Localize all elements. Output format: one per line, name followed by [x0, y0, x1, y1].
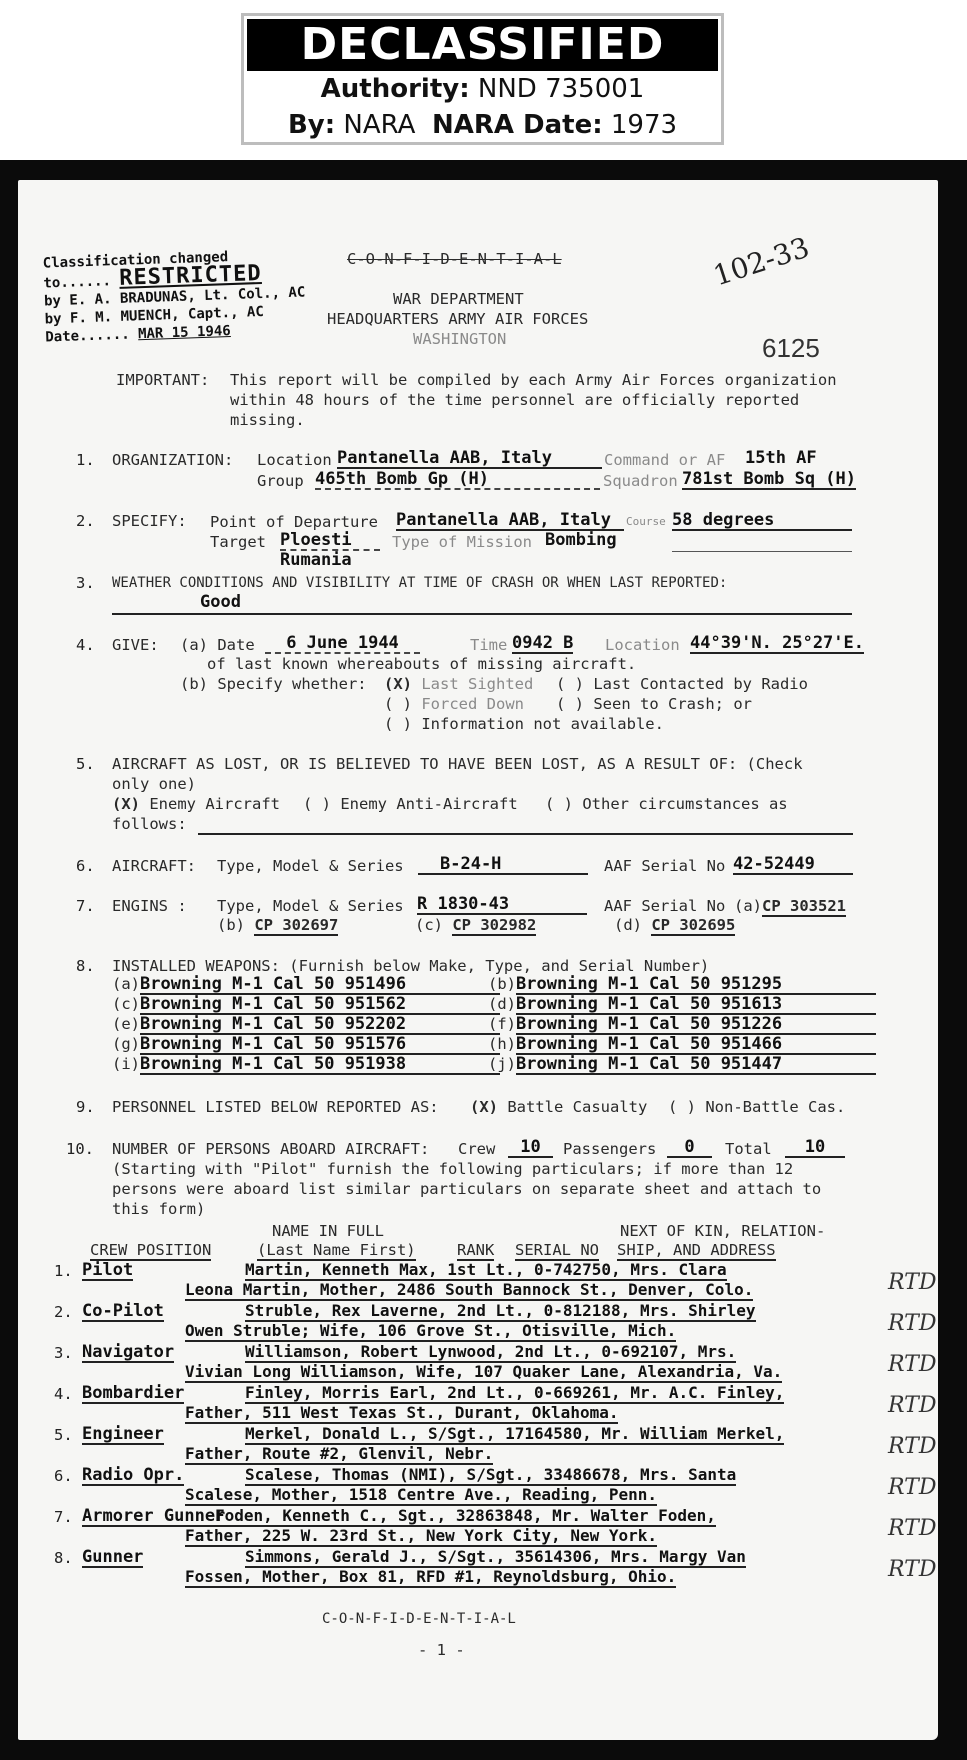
s8-number: 8. — [76, 957, 95, 975]
s3-number: 3. — [76, 574, 95, 592]
s7-engine-d: (d) CP 302695 — [614, 916, 735, 934]
s4-label: GIVE: — [112, 636, 159, 654]
s4-number: 4. — [76, 636, 95, 654]
s7-type-label: Type, Model & Series — [217, 897, 404, 915]
header-name: (Last Name First) — [257, 1241, 416, 1261]
doc-number: 6125 — [762, 333, 820, 364]
s1-squadron-value: 781st Bomb Sq (H) — [682, 470, 856, 490]
crew-kin-line: Leona Martin, Mother, 2486 South Bannock… — [185, 1281, 753, 1301]
crew-position: Bombardier — [82, 1384, 184, 1404]
s10-label: NUMBER OF PERSONS ABOARD AIRCRAFT: — [112, 1140, 429, 1158]
s4-b-label: (b) Specify whether: — [180, 675, 367, 693]
s10-passengers-label: Passengers — [563, 1140, 656, 1158]
s5-opt-anti-aircraft[interactable]: ( ) Enemy Anti-Aircraft — [303, 795, 518, 813]
crew-name-line: Merkel, Donald L., S/Sgt., 17164580, Mr.… — [245, 1425, 784, 1445]
rtd-annotation: RTD — [888, 1516, 937, 1541]
authority-line: Authority: NND 735001 — [244, 71, 721, 107]
crew-position: Co-Pilot — [82, 1302, 164, 1322]
crew-name-line: Williamson, Robert Lynwood, 2nd Lt., 0-6… — [245, 1343, 736, 1363]
s6-serial-value: 42-52449 — [733, 855, 853, 875]
rtd-annotation: RTD — [888, 1352, 937, 1377]
s4-opt-seen-crash[interactable]: ( ) Seen to Crash; or — [556, 695, 752, 713]
s10-note-1: (Starting with "Pilot" furnish the follo… — [112, 1160, 793, 1178]
rtd-annotation: RTD — [888, 1270, 937, 1295]
dept-line-3: WASHINGTON — [413, 330, 506, 348]
crew-number: 3. — [54, 1344, 73, 1362]
rtd-annotation: RTD — [888, 1393, 937, 1418]
s2-course-value: 58 degrees — [672, 511, 852, 531]
header-position: CREW POSITION — [90, 1241, 211, 1261]
s1-label: ORGANIZATION: — [112, 451, 233, 469]
dept-line-2: HEADQUARTERS ARMY AIR FORCES — [327, 310, 588, 328]
declassified-title: DECLASSIFIED — [247, 19, 718, 71]
s3-line — [112, 613, 852, 615]
s7-label: ENGINS : — [112, 897, 187, 915]
crew-position: Engineer — [82, 1425, 164, 1445]
s1-command-value: 15th AF — [745, 449, 817, 467]
header-kin: SHIP, AND ADDRESS — [617, 1241, 776, 1261]
s10-note-3: this form) — [112, 1200, 205, 1218]
crew-name-line: Scalese, Thomas (NMI), S/Sgt., 33486678,… — [245, 1466, 736, 1486]
important-text-3: missing. — [230, 411, 305, 429]
rtd-annotation: RTD — [888, 1475, 937, 1500]
weapon-j: (j)Browning M-1 Cal 50 951447 — [488, 1055, 876, 1075]
rtd-annotation: RTD — [888, 1557, 937, 1582]
s1-group-value: 465th Bomb Gp (H) — [315, 470, 600, 490]
s1-location-value: Pantanella AAB, Italy — [337, 449, 602, 469]
weapon-i: (i)Browning M-1 Cal 50 951938 — [112, 1055, 500, 1075]
s2-target-value-line2: Rumania — [280, 551, 352, 569]
s2-target-value: Ploesti — [280, 531, 380, 551]
s7-engine-c: (c) CP 302982 — [415, 916, 536, 934]
weapon-e: (e)Browning M-1 Cal 50 952202 — [112, 1015, 500, 1035]
s4-date-label: (a) Date — [180, 636, 255, 654]
s1-group-label: Group — [257, 472, 304, 490]
s1-number: 1. — [76, 451, 95, 469]
weapon-c: (c)Browning M-1 Cal 50 951562 — [112, 995, 500, 1015]
crew-name-line: Finley, Morris Earl, 2nd Lt., 0-669261, … — [245, 1384, 784, 1404]
important-text-2: within 48 hours of the time personnel ar… — [230, 391, 799, 409]
s7-number: 7. — [76, 897, 95, 915]
nara-line: By: NARA NARA Date: 1973 — [244, 107, 721, 143]
s7-type-value: R 1830-43 — [417, 895, 587, 915]
s2-course-label: Course — [626, 513, 666, 531]
crew-kin-line: Father, Route #2, Glenvil, Nebr. — [185, 1445, 493, 1465]
s4-time-label: Time — [470, 636, 507, 654]
s10-number: 10. — [66, 1140, 94, 1158]
crew-position: Pilot — [82, 1261, 133, 1281]
s3-value: Good — [200, 593, 241, 611]
crew-position: Armorer Gunner — [82, 1507, 225, 1527]
s4-opt-no-info[interactable]: ( ) Information not available. — [384, 715, 664, 733]
s6-label: AIRCRAFT: — [112, 857, 196, 875]
s5-line — [198, 833, 853, 835]
crew-kin-line: Fossen, Mother, Box 81, RFD #1, Reynolds… — [185, 1568, 676, 1588]
s2-blank-line — [672, 551, 852, 552]
s10-total-label: Total — [725, 1140, 772, 1158]
crew-number: 4. — [54, 1385, 73, 1403]
s10-crew-value: 10 — [508, 1138, 553, 1158]
s6-number: 6. — [76, 857, 95, 875]
s6-type-value: B-24-H — [418, 855, 588, 875]
rtd-annotation: RTD — [888, 1311, 937, 1336]
s9-number: 9. — [76, 1098, 95, 1116]
s4-time-value: 0942 B — [512, 634, 573, 654]
crew-number: 5. — [54, 1426, 73, 1444]
crew-position: Gunner — [82, 1548, 143, 1568]
reclassification-stamp: Classification changed to...... RESTRICT… — [42, 245, 306, 346]
crew-kin-line: Father, 511 West Texas St., Durant, Okla… — [185, 1404, 618, 1424]
header-rank: RANK — [457, 1241, 494, 1261]
s5-label2: only one) — [112, 775, 196, 793]
crew-name-line: Struble, Rex Laverne, 2nd Lt., 0-812188,… — [245, 1302, 756, 1322]
declassified-stamp: DECLASSIFIED Authority: NND 735001 By: N… — [241, 13, 724, 145]
s4-location-label: Location — [605, 636, 680, 654]
s5-label: AIRCRAFT AS LOST, OR IS BELIEVED TO HAVE… — [112, 755, 803, 773]
s5-number: 5. — [76, 755, 95, 773]
important-label: IMPORTANT: — [116, 371, 209, 389]
crew-number: 7. — [54, 1508, 73, 1526]
s8-label: INSTALLED WEAPONS: (Furnish below Make, … — [112, 957, 709, 975]
s2-departure-label: Point of Departure — [210, 513, 378, 531]
s6-serial-label: AAF Serial No — [604, 857, 725, 875]
s4-a-line2: of last known whereabouts of missing air… — [207, 655, 636, 673]
s3-label: WEATHER CONDITIONS AND VISIBILITY AT TIM… — [112, 574, 727, 592]
crew-kin-line: Owen Struble; Wife, 106 Grove St., Otisv… — [185, 1322, 676, 1342]
s4-opt-forced-down[interactable]: ( ) Forced Down — [384, 695, 524, 713]
s5-opt-other[interactable]: ( ) Other circumstances as — [545, 795, 788, 813]
crew-position: Navigator — [82, 1343, 174, 1363]
s2-mission-label: Type of Mission — [392, 533, 532, 551]
s2-target-label: Target — [210, 533, 266, 551]
s7-engine-b: (b) CP 302697 — [217, 916, 338, 934]
crew-kin-line: Father, 225 W. 23rd St., New York City, … — [185, 1527, 657, 1547]
classification-top: C-O-N-F-I-D-E-N-T-I-A-L — [347, 250, 562, 268]
s2-number: 2. — [76, 512, 95, 530]
rtd-annotation: RTD — [888, 1434, 937, 1459]
s4-opt-last-sighted[interactable]: (X) Last Sighted — [384, 675, 533, 693]
page-number: - 1 - — [418, 1641, 465, 1659]
s10-total-value: 10 — [785, 1138, 845, 1158]
classification-bottom: C-O-N-F-I-D-E-N-T-I-A-L — [322, 1610, 516, 1628]
s1-location-label: Location — [257, 451, 332, 469]
dept-line-1: WAR DEPARTMENT — [393, 290, 524, 308]
crew-number: 8. — [54, 1549, 73, 1567]
weapon-b: (b)Browning M-1 Cal 50 951295 — [488, 975, 876, 995]
crew-number: 1. — [54, 1262, 73, 1280]
weapon-f: (f)Browning M-1 Cal 50 951226 — [488, 1015, 876, 1035]
s10-passengers-value: 0 — [667, 1138, 712, 1158]
s5-opt-enemy-aircraft[interactable]: (X) Enemy Aircraft — [112, 795, 280, 813]
weapon-a: (a)Browning M-1 Cal 50 951496 — [112, 975, 500, 995]
s2-label: SPECIFY: — [112, 512, 187, 530]
s4-location-value: 44°39'N. 25°27'E. — [690, 634, 864, 654]
header-name-top: NAME IN FULL — [272, 1222, 384, 1240]
crew-kin-line: Vivian Long Williamson, Wife, 107 Quaker… — [185, 1363, 782, 1383]
crew-name-line: Simmons, Gerald J., S/Sgt., 35614306, Mr… — [245, 1548, 746, 1568]
s9-opt-battle[interactable]: (X) Battle Casualty — [470, 1098, 647, 1116]
s6-type-label: Type, Model & Series — [217, 857, 404, 875]
crew-number: 6. — [54, 1467, 73, 1485]
s7-engine-a: (a)CP 303521 — [734, 897, 846, 915]
header-kin-top: NEXT OF KIN, RELATION- — [620, 1222, 825, 1240]
crew-name-line: Martin, Kenneth Max, 1st Lt., 0-742750, … — [245, 1261, 727, 1281]
s9-opt-non-battle[interactable]: ( ) Non-Battle Cas. — [668, 1098, 845, 1116]
s4-opt-radio[interactable]: ( ) Last Contacted by Radio — [556, 675, 808, 693]
s4-date-value: 6 June 1944 — [265, 634, 420, 654]
s1-command-label: Command or AF — [604, 451, 725, 469]
s2-departure-value: Pantanella AAB, Italy — [396, 511, 624, 531]
s7-serial-label: AAF Serial No — [604, 897, 725, 915]
weapon-g: (g)Browning M-1 Cal 50 951576 — [112, 1035, 500, 1055]
s2-mission-value: Bombing — [545, 531, 617, 549]
s10-crew-label: Crew — [458, 1140, 495, 1158]
s9-label: PERSONNEL LISTED BELOW REPORTED AS: — [112, 1098, 439, 1116]
header-serial: SERIAL NO — [515, 1241, 599, 1261]
s1-squadron-label: Squadron — [603, 472, 678, 490]
crew-kin-line: Scalese, Mother, 1518 Centre Ave., Readi… — [185, 1486, 657, 1506]
weapon-h: (h)Browning M-1 Cal 50 951466 — [488, 1035, 876, 1055]
weapon-d: (d)Browning M-1 Cal 50 951613 — [488, 995, 876, 1015]
s10-note-2: persons were aboard list similar particu… — [112, 1180, 821, 1198]
s5-follows: follows: — [112, 815, 187, 833]
important-text-1: This report will be compiled by each Arm… — [230, 371, 837, 389]
crew-name-line: Foden, Kenneth C., Sgt., 32863848, Mr. W… — [215, 1507, 716, 1527]
crew-number: 2. — [54, 1303, 73, 1321]
crew-position: Radio Opr. — [82, 1466, 184, 1486]
